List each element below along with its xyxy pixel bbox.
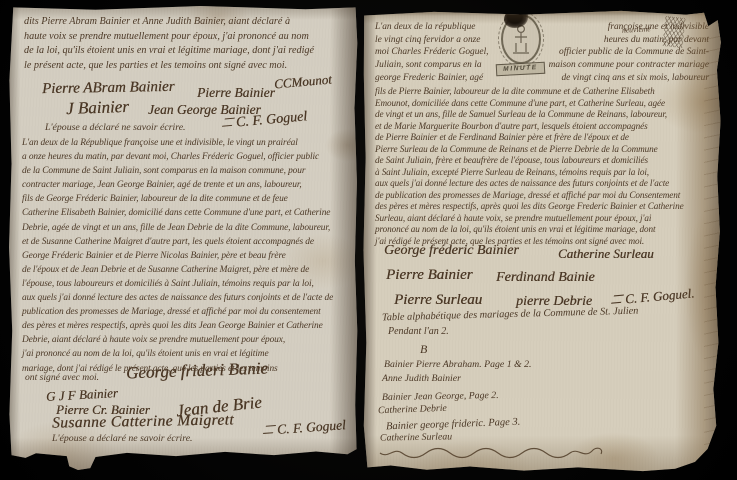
- line-right-fragment: heures du matin, par devant: [604, 35, 709, 48]
- index-entry-spouse: Catherine Surleau: [380, 431, 452, 443]
- index-table-subtitle: Pendant l'an 2.: [388, 326, 449, 337]
- manuscript-line: fils de Pierre Bainier, laboureur de la …: [375, 86, 715, 98]
- index-entry-spouse: Catherine Debrie: [378, 403, 447, 416]
- manuscript-line: le vingt cinq fervidor a onze heures du …: [375, 35, 709, 48]
- signature-officer: C. F. Goguel: [264, 417, 347, 439]
- signature-paraph: [222, 118, 235, 127]
- manuscript-line: et de Marie Marguerite Bourbon d'autre p…: [375, 121, 715, 133]
- manuscript-line: de publication des promesses de Mariage,…: [375, 190, 715, 202]
- manuscript-line: l'épouse, tous laboureurs et domiciliés …: [22, 277, 358, 291]
- manuscript-line: de l'époux et de Jean Debrie et de Susan…: [22, 263, 358, 277]
- manuscript-line: Juliain, sont comparus en la maison comm…: [375, 60, 709, 73]
- manuscript-line: aux quels j'ai donné lecture des actes d…: [375, 178, 715, 190]
- line-left-fragment: Juliain, sont comparus en la: [375, 60, 482, 73]
- manuscript-line: Debrie, aiant déclaré à haute voix se pr…: [22, 333, 358, 347]
- index-entry-spouse: Anne Judith Bainier: [382, 373, 461, 384]
- signature-bride-act3: Catherine Surleau: [558, 246, 654, 262]
- manuscript-line: Emounot, domiciliée dans cette Commune d…: [375, 98, 715, 110]
- manuscript-line: haute voix se prendre mutuellement pour …: [24, 30, 354, 45]
- manuscript-line: de la Commune de Saint Juliain, sont com…: [22, 164, 358, 178]
- act2-closing-words: ont signé avec moi.: [25, 372, 99, 383]
- signature-groom-act3: George fréderic Bainier: [384, 243, 519, 259]
- manuscript-line: dits Pierre Abram Bainier et Anne Judith…: [24, 15, 354, 30]
- signature-brother-of-groom: Ferdinand Bainie: [496, 270, 595, 286]
- index-entry: Bainier Pierre Abraham. Page 1 & 2.: [384, 359, 531, 370]
- signature-witness: CCMounot: [273, 72, 332, 93]
- signature-groom-act2: George frideri Banie: [126, 359, 269, 384]
- bride-cannot-write-note: L'épouse a déclaré ne savoir écrire.: [52, 433, 193, 444]
- signature-witness: Pierre Bainier: [197, 85, 275, 101]
- manuscript-line: George Fréderic Bainier et de Pierre Nic…: [22, 249, 358, 263]
- line-left-fragment: L'an deux de la république: [375, 22, 475, 35]
- manuscript-line: Catherine Elisabeth Bainier, domicilié d…: [22, 206, 358, 220]
- manuscript-line: des pères et mères respectifs, après quo…: [22, 319, 358, 333]
- signature-paraph: [611, 295, 624, 304]
- manuscript-line: prononcé au nom de la loi, qu'ils étoien…: [375, 224, 715, 236]
- manuscript-line: a onze heures du matin, par devant moi, …: [22, 150, 358, 164]
- line-right-fragment: maison commune pour contracter mariage: [549, 60, 709, 73]
- line-right-fragment: de vingt cinq ans et six mois, laboureur: [561, 73, 709, 86]
- manuscript-line: moi Charles Fréderic Goguel, officier pu…: [375, 47, 709, 60]
- manuscript-line: Surleau, aiant déclaré à haute voix, se …: [375, 213, 715, 225]
- manuscript-line: L'an deux de la République françoise une…: [22, 136, 358, 150]
- manuscript-line: Debrie, agée de vingt et un ans, fille d…: [22, 221, 358, 235]
- register-scan-scene: dits Pierre Abram Bainier et Anne Judith…: [0, 0, 737, 480]
- line-left-fragment: moi Charles Fréderic Goguel,: [375, 47, 489, 60]
- line-right-fragment: françoise une et indivisible: [608, 22, 709, 35]
- signature-witness: J Bainier: [66, 97, 129, 119]
- right-manuscript-page: MINUTE neuvième L'an deux de la républiq…: [362, 10, 722, 472]
- manuscript-line: Pierre Surleau de la Commune de Reinans …: [375, 144, 715, 156]
- manuscript-line: de la loi, qu'ils étoient unis en vrai e…: [24, 44, 354, 59]
- flourish-line: [378, 444, 618, 460]
- line-left-fragment: le vingt cinq fervidor a onze: [375, 35, 480, 48]
- manuscript-line: fils de George Fréderic Bainier, laboure…: [22, 192, 358, 206]
- manuscript-line: de Saint Juliain, frère et beaufrère de …: [375, 155, 715, 167]
- manuscript-line: publication des promesses de Mariage, dr…: [22, 305, 358, 319]
- act3-paragraph-body: fils de Pierre Bainier, laboureur de la …: [375, 86, 715, 247]
- manuscript-line: de Pierre Bainier et de Ferdinand Bainie…: [375, 132, 715, 144]
- signature-witness: Pierre Surleau: [394, 292, 482, 309]
- act1-closing-paragraph: dits Pierre Abram Bainier et Anne Judith…: [24, 15, 354, 73]
- signature-groom-act1: Pierre ABram Bainier: [42, 79, 175, 98]
- index-section-letter: B: [420, 342, 427, 357]
- manuscript-line: le présent acte, que les parties et les …: [24, 59, 354, 74]
- bride-cannot-write-note: L'épouse a déclaré ne savoir écrire.: [45, 122, 186, 133]
- manuscript-line: à Saint Juliain, excepté Pierre Surleau …: [375, 167, 715, 179]
- line-right-fragment: officier public de la Commune de Saint-: [559, 47, 709, 60]
- manuscript-line: aux quels j'ai donné lecture des actes d…: [22, 291, 358, 305]
- line-left-fragment: george Frederic Bainier, agé: [375, 73, 483, 86]
- index-entry: Bainier Jean George, Page 2.: [382, 390, 499, 403]
- signature-father-of-groom: Pierre Bainier: [386, 267, 473, 284]
- manuscript-line: de vingt et un ans, fille de Samuel Surl…: [375, 109, 715, 121]
- manuscript-line: contracter mariage, Jean George Bainier,…: [22, 178, 358, 192]
- manuscript-line: et de Susanne Catherine Maigret d'autre …: [22, 235, 358, 249]
- manuscript-line: george Frederic Bainier, agé de vingt ci…: [375, 73, 709, 86]
- signature-paraph: [263, 425, 276, 434]
- left-manuscript-page: dits Pierre Abram Bainier et Anne Judith…: [8, 6, 358, 470]
- signature-mother-of-bride: Susanne Catterine Maigrett: [52, 411, 234, 432]
- manuscript-line: j'ai prononcé au nom de la loi, qu'ils é…: [22, 347, 358, 361]
- index-entry: Bainier george frideric. Page 3.: [386, 417, 521, 433]
- manuscript-line: L'an deux de la république françoise une…: [375, 22, 709, 35]
- act2-marriage-paragraph: L'an deux de la République françoise une…: [22, 136, 358, 376]
- manuscript-line: des pères et mères respectifs, après quo…: [375, 201, 715, 213]
- act3-paragraph-around-stamp: L'an deux de la république françoise une…: [375, 22, 709, 85]
